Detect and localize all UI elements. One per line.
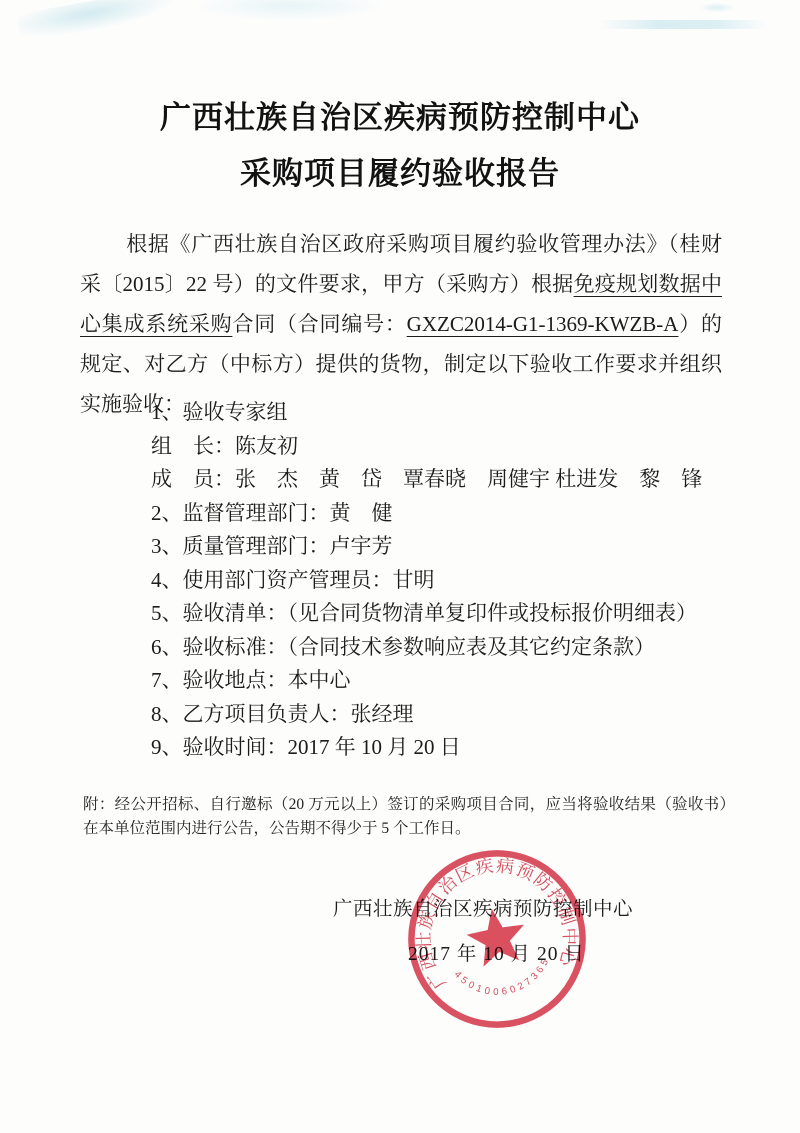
seal-code: 4501006027365: [451, 953, 557, 1006]
list-item: 1、验收专家组: [151, 396, 751, 430]
seal-star-icon: [463, 904, 530, 969]
list-item: 6、验收标准：（合同技术参数响应表及其它约定条款）: [151, 631, 751, 665]
list-item: 组 长：陈友初: [151, 430, 751, 464]
paragraph-segment: 合同（合同编号：: [232, 312, 406, 336]
scan-artifact-smudge: [598, 20, 768, 29]
list-item: 4、使用部门资产管理员：甘明: [151, 564, 751, 598]
title-line-1: 广西壮族自治区疾病预防控制中心: [0, 90, 800, 146]
scan-artifact-smudge: [17, 0, 180, 44]
scan-artifact-smudge: [700, 3, 734, 12]
footnote: 附：经公开招标、自行邀标（20 万元以上）签订的采购项目合同，应当将验收结果（验…: [83, 793, 735, 841]
title-line-2: 采购项目履约验收报告: [0, 146, 800, 202]
acceptance-requirements-list: 1、验收专家组 组 长：陈友初 成 员：张 杰 黄 岱 覃春晓 周健宇 杜进发 …: [151, 396, 751, 765]
list-item: 7、验收地点：本中心: [151, 664, 751, 698]
list-item: 5、验收清单：（见合同货物清单复印件或投标报价明细表）: [151, 597, 751, 631]
seal-graphic: 广西壮族自治区疾病预防控制中心 4501006027365: [404, 846, 590, 1032]
list-item: 3、质量管理部门：卢宇芳: [151, 530, 751, 564]
list-item: 8、乙方项目负责人：张经理: [151, 698, 751, 732]
scanned-document-page: 广西壮族自治区疾病预防控制中心 采购项目履约验收报告 根据《广西壮族自治区政府采…: [0, 0, 800, 1133]
intro-paragraph: 根据《广西壮族自治区政府采购项目履约验收管理办法》（桂财采〔2015〕22 号）…: [80, 224, 722, 424]
official-seal-stamp: 广西壮族自治区疾病预防控制中心 4501006027365: [404, 846, 590, 1032]
document-title: 广西壮族自治区疾病预防控制中心 采购项目履约验收报告: [0, 90, 800, 202]
list-item: 9、验收时间：2017 年 10 月 20 日: [151, 731, 751, 765]
seal-code-container: 4501006027365: [451, 953, 557, 1006]
list-item: 成 员：张 杰 黄 岱 覃春晓 周健宇 杜进发 黎 锋: [151, 463, 751, 497]
underlined-contract-number: GXZC2014-G1-1369-KWZB-A: [407, 312, 679, 336]
list-item: 2、监督管理部门：黄 健: [151, 497, 751, 531]
scan-artifact-smudge: [200, 0, 380, 20]
